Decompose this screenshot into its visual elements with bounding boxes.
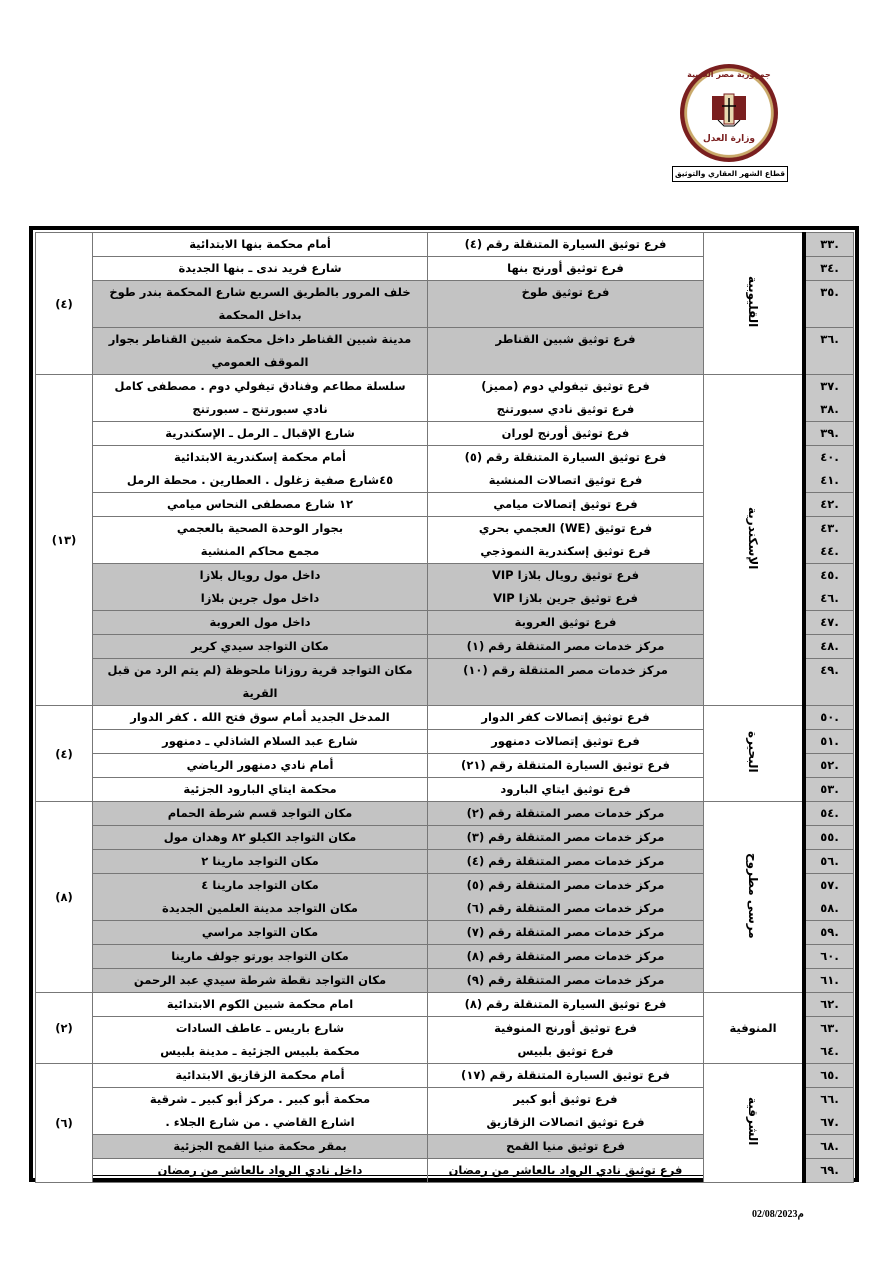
- row-number: .٣٦: [804, 328, 854, 375]
- group-count: (٤): [36, 706, 93, 802]
- republic-arc-text: جمهورية مصر العربية: [668, 70, 790, 79]
- group-count: (١٣): [36, 375, 93, 706]
- branch-name: فرع توثيق السيارة المتنقلة رقم (٥)فرع تو…: [428, 446, 704, 493]
- row-number: .٦٢: [804, 993, 854, 1017]
- governorate-label: مرسى مطروح: [704, 802, 805, 993]
- row-number: .٦٦.٦٧: [804, 1088, 854, 1135]
- row-number: .٦١: [804, 969, 854, 993]
- branch-name: فرع توثيق أورنج بنها: [428, 257, 704, 281]
- branch-address: محكمة أبو كبير . مركز أبو كبير ـ شرقيةاش…: [93, 1088, 428, 1135]
- branch-name: فرع توثيق أبو كبيرفرع توثيق اتصالات الزق…: [428, 1088, 704, 1135]
- branch-address: داخل مول رويال بلازاداخل مول جرين بلازا: [93, 564, 428, 611]
- table-row: .٦٥الشرقيةفرع توثيق السيارة المتنقلة رقم…: [36, 1064, 854, 1088]
- row-number: .٤٩: [804, 659, 854, 706]
- branches-table: .٣٣القليوبيةفرع توثيق السيارة المتنقلة ر…: [35, 232, 854, 1183]
- branch-address: مكان التواجد مراسي: [93, 921, 428, 945]
- document-date: 02/08/2023م: [752, 1209, 804, 1220]
- branch-name: مركز خدمات مصر المتنقلة رقم (٣): [428, 826, 704, 850]
- table-row: .٣٧.٣٨الإسكندريةفرع توثيق تيفولي دوم (مم…: [36, 375, 854, 422]
- branch-address: بجوار الوحدة الصحية بالعجميمجمع محاكم ال…: [93, 517, 428, 564]
- branch-address: شارع عبد السلام الشاذلي ـ دمنهور: [93, 730, 428, 754]
- branch-address: مكان التواجد مارينا ٤مكان التواجد مدينة …: [93, 874, 428, 921]
- branch-address: ١٢ شارع مصطفى النحاس ميامي: [93, 493, 428, 517]
- branch-address: خلف المرور بالطريق السريع شارع المحكمة ب…: [93, 281, 428, 328]
- row-number: .٥٥: [804, 826, 854, 850]
- branch-address: امام محكمة شبين الكوم الابتدائية: [93, 993, 428, 1017]
- ministry-name: وزارة العدل: [668, 134, 790, 144]
- row-number: .٤٠.٤١: [804, 446, 854, 493]
- row-number: .٦٣.٦٤: [804, 1017, 854, 1064]
- row-number: .٥١: [804, 730, 854, 754]
- row-number: .٤٥.٤٦: [804, 564, 854, 611]
- branch-address: مكان التواجد قرية روزانا ملحوظة (لم يتم …: [93, 659, 428, 706]
- branch-name: فرع توثيق تيفولي دوم (مميز)فرع توثيق ناد…: [428, 375, 704, 422]
- row-number: .٣٣: [804, 233, 854, 257]
- branch-address: مكان التواجد بورتو جولف مارينا: [93, 945, 428, 969]
- branch-name: فرع توثيق إتصالات كفر الدوار: [428, 706, 704, 730]
- branch-name: فرع توثيق السيارة المتنقلة رقم (٤): [428, 233, 704, 257]
- branch-name: فرع توثيق العروبة: [428, 611, 704, 635]
- branch-name: مركز خدمات مصر المتنقلة رقم (٨): [428, 945, 704, 969]
- branch-address: مكان التواجد سيدي كرير: [93, 635, 428, 659]
- branch-address: مكان التواجد الكيلو ٨٢ وهدان مول: [93, 826, 428, 850]
- branch-name: فرع توثيق السيارة المتنقلة رقم (٢١): [428, 754, 704, 778]
- branch-name: فرع توثيق أورنج لوران: [428, 422, 704, 446]
- ministry-logo: جمهورية مصر العربية وزارة العدل قطاع الش…: [668, 62, 790, 184]
- branch-name: فرع توثيق نادي الرواد بالعاشر من رمضان: [428, 1159, 704, 1183]
- group-count: (٦): [36, 1064, 93, 1183]
- branch-name: مركز خدمات مصر المتنقلة رقم (٤): [428, 850, 704, 874]
- branch-address: مدينة شبين القناطر داخل محكمة شبين القنا…: [93, 328, 428, 375]
- row-number: .٤٣.٤٤: [804, 517, 854, 564]
- branch-name: فرع توثيق السيارة المتنقلة رقم (٨): [428, 993, 704, 1017]
- branch-name: مركز خدمات مصر المتنقلة رقم (١): [428, 635, 704, 659]
- branch-address: أمام نادي دمنهور الرياضي: [93, 754, 428, 778]
- branch-address: المدخل الجديد أمام سوق فتح الله . كفر ال…: [93, 706, 428, 730]
- branch-name: فرع توثيق أورنج المنوفيةفرع توثيق بلبيس: [428, 1017, 704, 1064]
- branch-address: مكان التواجد نقطة شرطة سيدي عبد الرحمن: [93, 969, 428, 993]
- branch-address: أمام محكمة الزقازيق الابتدائية: [93, 1064, 428, 1088]
- group-count: (٤): [36, 233, 93, 375]
- branch-name: فرع توثيق رويال بلازا VIPفرع توثيق جرين …: [428, 564, 704, 611]
- row-number: .٥٩: [804, 921, 854, 945]
- row-number: .٥٤: [804, 802, 854, 826]
- governorate-label: الإسكندرية: [704, 375, 805, 706]
- branch-address: مكان التواجد مارينا ٢: [93, 850, 428, 874]
- governorate-label: البحيرة: [704, 706, 805, 802]
- branch-address: محكمة ايتاي البارود الجزئية: [93, 778, 428, 802]
- row-number: .٣٥: [804, 281, 854, 328]
- branch-name: فرع توثيق إتصالات ميامي: [428, 493, 704, 517]
- branch-address: داخل مول العروبة: [93, 611, 428, 635]
- branch-name: فرع توثيق السيارة المتنقلة رقم (١٧): [428, 1064, 704, 1088]
- row-number: .٥٠: [804, 706, 854, 730]
- branch-address: سلسلة مطاعم وفنادق تيفولي دوم . مصطفى كا…: [93, 375, 428, 422]
- branch-address: بمقر محكمة منيا القمح الجزئية: [93, 1135, 428, 1159]
- branch-name: مركز خدمات مصر المتنقلة رقم (٢): [428, 802, 704, 826]
- row-number: .٣٧.٣٨: [804, 375, 854, 422]
- row-number: .٦٠: [804, 945, 854, 969]
- table-row: .٣٣القليوبيةفرع توثيق السيارة المتنقلة ر…: [36, 233, 854, 257]
- branch-name: فرع توثيق إتصالات دمنهور: [428, 730, 704, 754]
- group-count: (٢): [36, 993, 93, 1064]
- branch-name: فرع توثيق طوخ: [428, 281, 704, 328]
- row-number: .٥٧.٥٨: [804, 874, 854, 921]
- branch-address: أمام محكمة بنها الابتدائية: [93, 233, 428, 257]
- row-number: .٤٧: [804, 611, 854, 635]
- row-number: .٥٣: [804, 778, 854, 802]
- table-row: .٦٢المنوفيةفرع توثيق السيارة المتنقلة رق…: [36, 993, 854, 1017]
- row-number: .٦٨: [804, 1135, 854, 1159]
- branch-name: فرع توثيق منيا القمح: [428, 1135, 704, 1159]
- branch-name: مركز خدمات مصر المتنقلة رقم (٩): [428, 969, 704, 993]
- branch-name: فرع توثيق ايتاي البارود: [428, 778, 704, 802]
- branch-address: شارع الإقبال ـ الرمل ـ الإسكندرية: [93, 422, 428, 446]
- branch-address: شارع باريس ـ عاطف الساداتمحكمة بلبيس الج…: [93, 1017, 428, 1064]
- governorate-label: المنوفية: [704, 993, 805, 1064]
- branch-address: أمام محكمة إسكندرية الابتدائية٤٥شارع صفي…: [93, 446, 428, 493]
- table-row: .٥٠البحيرةفرع توثيق إتصالات كفر الدوارال…: [36, 706, 854, 730]
- branch-name: مركز خدمات مصر المتنقلة رقم (٥)مركز خدما…: [428, 874, 704, 921]
- branch-name: مركز خدمات مصر المتنقلة رقم (١٠): [428, 659, 704, 706]
- branch-address: مكان التواجد قسم شرطة الحمام: [93, 802, 428, 826]
- eagle-scales-icon: [708, 90, 750, 132]
- branch-name: فرع توثيق شبين القناطر: [428, 328, 704, 375]
- row-number: .٣٩: [804, 422, 854, 446]
- branch-address: شارع فريد ندى ـ بنها الجديدة: [93, 257, 428, 281]
- row-number: .٥٢: [804, 754, 854, 778]
- sector-banner: قطاع الشهر العقاري والتوثيق: [672, 166, 788, 182]
- governorate-label: القليوبية: [704, 233, 805, 375]
- row-number: .٣٤: [804, 257, 854, 281]
- branch-name: مركز خدمات مصر المتنقلة رقم (٧): [428, 921, 704, 945]
- row-number: .٤٨: [804, 635, 854, 659]
- row-number: .٤٢: [804, 493, 854, 517]
- row-number: .٦٥: [804, 1064, 854, 1088]
- row-number: .٥٦: [804, 850, 854, 874]
- branch-name: فرع توثيق (WE) العجمي بحريفرع توثيق إسكن…: [428, 517, 704, 564]
- row-number: .٦٩: [804, 1159, 854, 1183]
- branch-address: داخل نادي الرواد بالعاشر من رمضان: [93, 1159, 428, 1183]
- table-row: .٥٤مرسى مطروحمركز خدمات مصر المتنقلة رقم…: [36, 802, 854, 826]
- governorate-label: الشرقية: [704, 1064, 805, 1183]
- group-count: (٨): [36, 802, 93, 993]
